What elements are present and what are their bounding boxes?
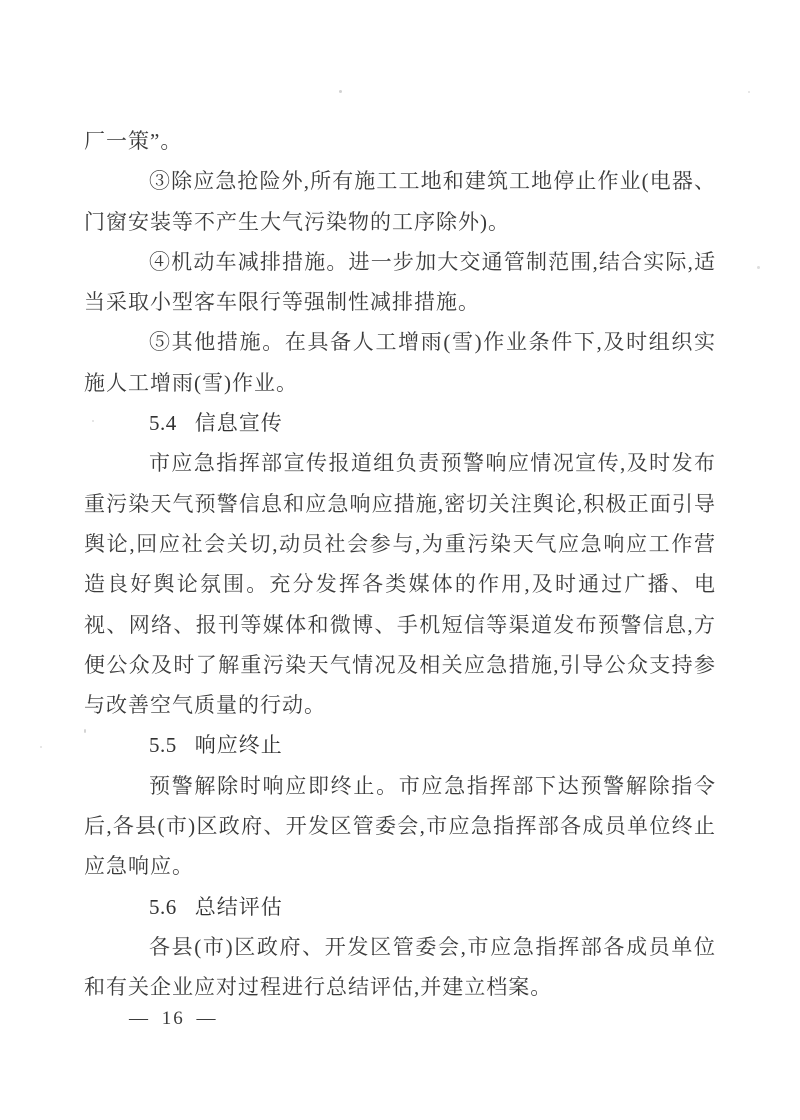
- page-number: — 16 —: [129, 1006, 218, 1032]
- scan-speckle: [84, 729, 86, 733]
- section-heading-5-4: 5.4信息宣传: [84, 403, 716, 443]
- section-number: 5.6: [149, 895, 177, 919]
- section-heading-5-6: 5.6总结评估: [84, 887, 716, 927]
- section-5-6-body: 各县(市)区政府、开发区管委会,市应急指挥部各成员单位和有关企业应对过程进行总结…: [84, 927, 716, 1008]
- section-title: 总结评估: [195, 895, 283, 919]
- list-item-circled-5: ⑤其他措施。在具备人工增雨(雪)作业条件下,及时组织实施人工增雨(雪)作业。: [84, 322, 716, 403]
- scan-speckle: [748, 91, 750, 93]
- scan-speckle: [92, 420, 94, 422]
- scan-speckle: [339, 90, 342, 93]
- section-number: 5.4: [149, 411, 177, 435]
- section-title: 响应终止: [195, 733, 283, 757]
- section-number: 5.5: [149, 733, 177, 757]
- section-heading-5-5: 5.5响应终止: [84, 725, 716, 765]
- scan-speckle: [757, 266, 760, 269]
- page-body-text: 厂一策”。 ③除应急抢险外,所有施工工地和建筑工地停止作业(电器、门窗安装等不产…: [84, 121, 716, 1008]
- section-5-4-body: 市应急指挥部宣传报道组负责预警响应情况宣传,及时发布重污染天气预警信息和应急响应…: [84, 443, 716, 725]
- document-page: 厂一策”。 ③除应急抢险外,所有施工工地和建筑工地停止作业(电器、门窗安装等不产…: [0, 0, 800, 1120]
- scan-speckle: [40, 746, 42, 748]
- list-item-circled-4: ④机动车减排措施。进一步加大交通管制范围,结合实际,适当采取小型客车限行等强制性…: [84, 242, 716, 323]
- paragraph-continuation: 厂一策”。: [84, 121, 716, 161]
- section-title: 信息宣传: [195, 411, 283, 435]
- section-5-5-body: 预警解除时响应即终止。市应急指挥部下达预警解除指令后,各县(市)区政府、开发区管…: [84, 766, 716, 887]
- list-item-circled-3: ③除应急抢险外,所有施工工地和建筑工地停止作业(电器、门窗安装等不产生大气污染物…: [84, 161, 716, 242]
